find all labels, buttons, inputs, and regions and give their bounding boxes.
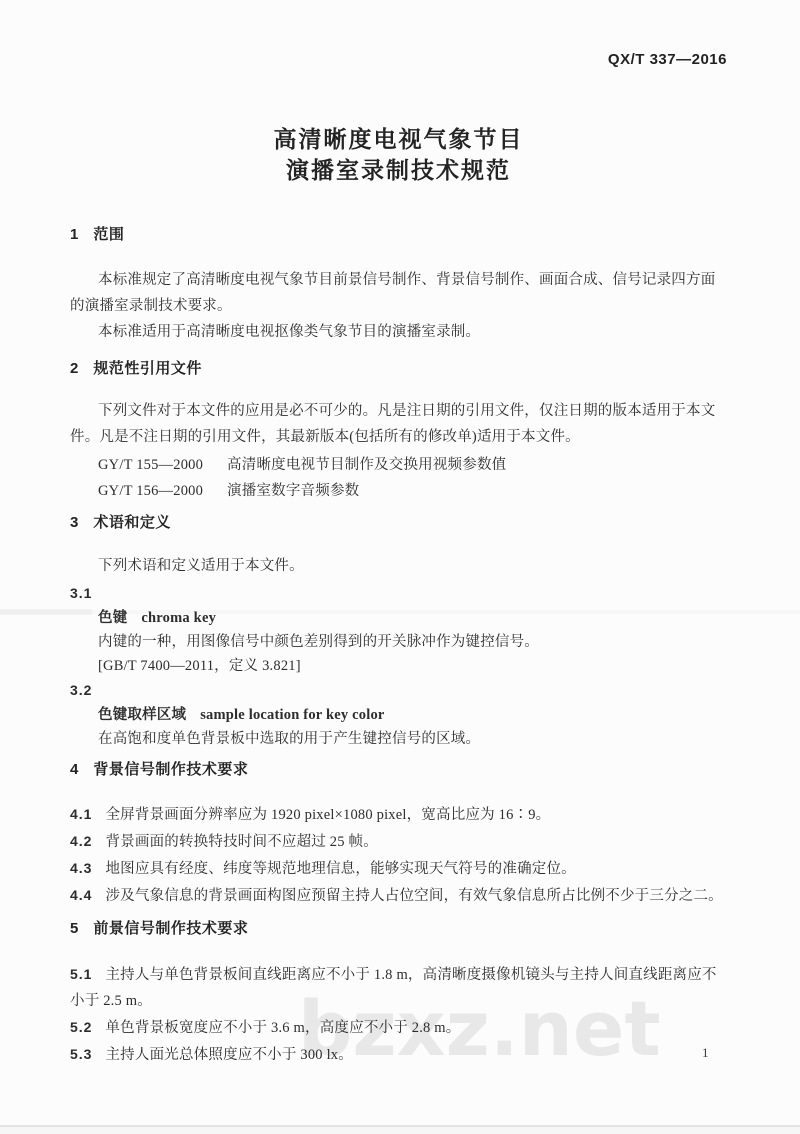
- reference-item: GY/T 156—2000演播室数字音频参数: [70, 478, 727, 504]
- clause-list: 4.1全屏背景画面分辨率应为 1920 pixel×1080 pixel，宽高比…: [70, 801, 727, 909]
- clause-number: 5.3: [70, 1041, 92, 1067]
- section-heading-background: 4背景信号制作技术要求: [70, 759, 727, 781]
- clause-number: 5.2: [70, 1014, 92, 1040]
- document-title-line1: 高清晰度电视气象节目: [70, 124, 727, 155]
- term-definition: 内键的一种，用图像信号中颜色差别得到的开关脉冲作为键控信号。: [70, 630, 727, 654]
- term-definition: 在高饱和度单色背景板中选取的用于产生键控信号的区域。: [70, 727, 727, 751]
- page-number: 1: [702, 1045, 709, 1061]
- reference-code: GY/T 155—2000: [98, 452, 203, 478]
- document-title-line2: 演播室录制技术规范: [70, 155, 727, 186]
- clause-number: 4.4: [70, 882, 92, 908]
- paragraph-scope-1: 本标准规定了高清晰度电视气象节目前景信号制作、背景信号制作、画面合成、信号记录四…: [70, 267, 727, 319]
- term-en: sample location for key color: [200, 707, 384, 723]
- clause-number: 4.3: [70, 855, 92, 881]
- clause-item: 4.4涉及气象信息的背景画面构图应预留主持人占位空间，有效气象信息所占比例不少于…: [70, 882, 727, 909]
- section-title: 规范性引用文件: [93, 360, 202, 377]
- clause-list: 5.1主持人与单色背景板间直线距离应不小于 1.8 m，高清晰度摄像机镜头与主持…: [70, 961, 727, 1068]
- term-id: 3.2: [70, 678, 727, 703]
- term-source: [GB/T 7400—2011，定义 3.821]: [70, 654, 727, 678]
- paragraph-scope-2: 本标准适用于高清晰度电视抠像类气象节目的演播室录制。: [70, 319, 727, 345]
- document-page: bzxz.net QX/T 337—2016 高清晰度电视气象节目 演播室录制技…: [0, 0, 800, 1134]
- paragraph-references-intro: 下列文件对于本文件的应用是必不可少的。凡是注日期的引用文件，仅注日期的版本适用于…: [70, 398, 727, 450]
- clause-text: 单色背景板宽度应不小于 3.6 m，高度应不小于 2.8 m。: [105, 1020, 460, 1036]
- standard-code: QX/T 337—2016: [70, 0, 727, 70]
- section-heading-scope: 1范围: [70, 224, 727, 246]
- clause-item: 5.1主持人与单色背景板间直线距离应不小于 1.8 m，高清晰度摄像机镜头与主持…: [70, 961, 727, 1014]
- clause-item: 5.2单色背景板宽度应不小于 3.6 m，高度应不小于 2.8 m。: [70, 1014, 727, 1041]
- section-number: 3: [70, 512, 78, 534]
- section-heading-references: 2规范性引用文件: [70, 358, 727, 380]
- scan-bottom-edge: [0, 1125, 800, 1134]
- section-heading-terms: 3术语和定义: [70, 512, 727, 534]
- section-number: 5: [70, 918, 78, 940]
- section-title: 术语和定义: [93, 514, 171, 531]
- section-title: 背景信号制作技术要求: [93, 761, 248, 778]
- clause-text: 全屏背景画面分辨率应为 1920 pixel×1080 pixel，宽高比应为 …: [105, 807, 550, 823]
- clause-item: 4.3地图应具有经度、纬度等规范地理信息，能够实现天气符号的准确定位。: [70, 855, 727, 882]
- clause-text: 背景画面的转换特技时间不应超过 25 帧。: [105, 834, 377, 850]
- clause-text: 主持人与单色背景板间直线距离应不小于 1.8 m，高清晰度摄像机镜头与主持人间直…: [70, 967, 717, 1009]
- reference-title: 演播室数字音频参数: [227, 483, 359, 499]
- clause-text: 主持人面光总体照度应不小于 300 lx。: [105, 1047, 352, 1063]
- clause-text: 地图应具有经度、纬度等规范地理信息，能够实现天气符号的准确定位。: [105, 861, 575, 877]
- term-zh: 色键: [98, 606, 127, 630]
- section-number: 2: [70, 358, 78, 380]
- section-number: 1: [70, 224, 78, 246]
- clause-number: 4.1: [70, 801, 92, 827]
- document-title: 高清晰度电视气象节目 演播室录制技术规范: [70, 124, 727, 186]
- reference-code: GY/T 156—2000: [98, 478, 203, 504]
- section-number: 4: [70, 759, 78, 781]
- clause-number: 4.2: [70, 828, 92, 854]
- section-title: 范围: [93, 226, 124, 243]
- term-title: 色键chroma key: [70, 606, 727, 630]
- reference-item: GY/T 155—2000高清晰度电视节目制作及交换用视频参数值: [70, 452, 727, 478]
- clause-item: 4.1全屏背景画面分辨率应为 1920 pixel×1080 pixel，宽高比…: [70, 801, 727, 828]
- section-title: 前景信号制作技术要求: [93, 920, 248, 937]
- paragraph-terms-intro: 下列术语和定义适用于本文件。: [70, 553, 727, 579]
- clause-item: 5.3主持人面光总体照度应不小于 300 lx。: [70, 1041, 727, 1068]
- section-heading-foreground: 5前景信号制作技术要求: [70, 918, 727, 940]
- term-en: chroma key: [141, 610, 216, 626]
- page-content: QX/T 337—2016 高清晰度电视气象节目 演播室录制技术规范 1范围 本…: [0, 0, 800, 1134]
- clause-text: 涉及气象信息的背景画面构图应预留主持人占位空间，有效气象信息所占比例不少于三分之…: [105, 888, 722, 904]
- term-block: 3.1 色键chroma key 内键的一种，用图像信号中颜色差别得到的开关脉冲…: [70, 581, 727, 751]
- reference-title: 高清晰度电视节目制作及交换用视频参数值: [227, 457, 506, 473]
- term-title: 色键取样区域sample location for key color: [70, 703, 727, 727]
- clause-item: 4.2背景画面的转换特技时间不应超过 25 帧。: [70, 828, 727, 855]
- term-id: 3.1: [70, 581, 727, 606]
- clause-number: 5.1: [70, 961, 92, 987]
- term-zh: 色键取样区域: [98, 703, 186, 727]
